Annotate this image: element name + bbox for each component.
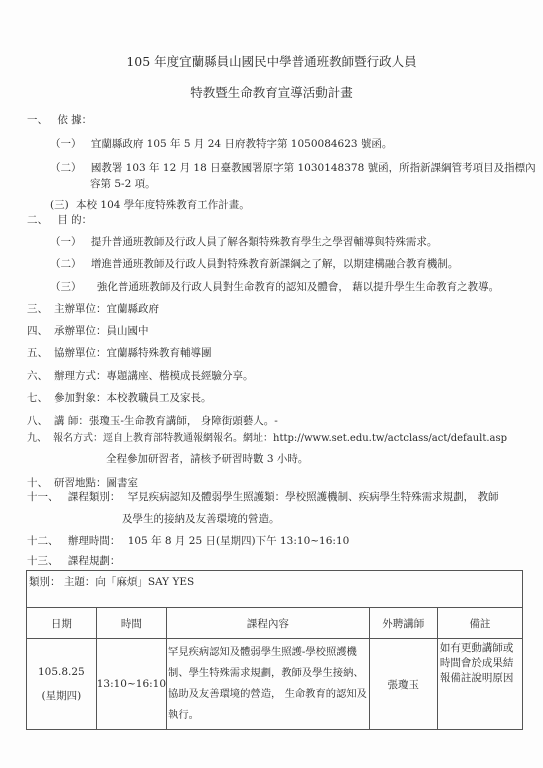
section-13: 十三、 課程規劃：: [27, 553, 120, 568]
table-header-row: 日期 時間 課程內容 外聘講師 備註: [27, 608, 523, 639]
item-text: 宜蘭縣政府 105 年 5 月 24 日府教特字第 1050084623 號函。: [91, 138, 393, 150]
section-text: 報名方式：逕自上教育部特教通報網報名。網址：http://www.set.edu…: [53, 433, 507, 444]
section-label: 辦理時間：: [68, 535, 121, 547]
section-label: 課程規劃：: [68, 555, 121, 567]
section-number: 十二、: [27, 535, 59, 547]
cell-date: 105.8.25 (星期四): [27, 639, 97, 730]
item-number: （一）: [50, 236, 82, 248]
section-number: 三、: [27, 303, 48, 315]
section-text: 講 師：張瓊玉-生命教育講師， 身障街頭藝人。-: [54, 415, 278, 427]
section-12: 十二、 辦理時間： 105 年 8 月 25 日(星期四)下午 13:10~16…: [27, 533, 349, 548]
section-text: 主辦單位：宜蘭縣政府: [54, 303, 159, 315]
section-11-cont: 及學生的接納及友善環境的營造。: [122, 511, 280, 526]
section-2-item-3: （三） 強化普通班教師及行政人員對生命教育的認知及體會， 藉以提升學生生命教育之…: [50, 279, 499, 294]
item-number: （二）: [50, 258, 82, 270]
section-text: 協辦單位：宜蘭縣特殊教育輔導團: [54, 347, 212, 359]
header-time: 時間: [96, 608, 166, 639]
cell-lecturer: 張瓊玉: [369, 639, 437, 730]
table-row: 105.8.25 (星期四) 13:10~16:10 罕見疾病認知及體弱學生照護…: [27, 639, 523, 730]
document-title-line2: 特教暨生命教育宣導活動計畫: [0, 83, 543, 101]
weekday-value: (星期四): [27, 689, 96, 703]
section-number: 十三、: [27, 555, 59, 567]
section-text: 研習地點：圖書室: [54, 477, 138, 489]
header-lecturer: 外聘講師: [369, 608, 437, 639]
section-10: 十、研習地點：圖書室: [27, 475, 138, 490]
section-1-heading: 一、 依 據：: [27, 112, 92, 127]
item-number: （二）: [50, 162, 82, 174]
header-date: 日期: [27, 608, 97, 639]
section-5: 五、協辦單位：宜蘭縣特殊教育輔導團: [27, 345, 212, 360]
header-note: 備註: [437, 608, 522, 639]
item-text: 本校 104 學年度特殊教育工作計畫。: [76, 199, 250, 211]
section-3: 三、主辦單位：宜蘭縣政府: [27, 301, 159, 316]
section-number: 四、: [27, 325, 48, 337]
section-label: 課程類別：: [68, 491, 121, 503]
section-6: 六、辦理方式：專題講座、楷模成長經驗分享。: [27, 368, 254, 383]
section-number: 十、: [27, 477, 48, 489]
section-1-item-2: （二） 國教署 103 年 12 月 18 日臺教國署原字第 103014837…: [50, 160, 536, 175]
section-1-item-3: (三) 本校 104 學年度特殊教育工作計畫。: [50, 197, 250, 212]
section-number: 八、: [27, 415, 48, 427]
section-1-item-1: （一） 宜蘭縣政府 105 年 5 月 24 日府教特字第 1050084623…: [50, 136, 392, 151]
item-number: (三): [50, 199, 69, 211]
section-8: 八、講 師：張瓊玉-生命教育講師， 身障街頭藝人。-: [27, 413, 278, 428]
item-text: 強化普通班教師及行政人員對生命教育的認知及體會， 藉以提升學生生命教育之教導。: [97, 281, 499, 293]
section-7: 七、參加對象：本校教職員工及家長。: [27, 390, 212, 405]
date-value: 105.8.25: [27, 665, 96, 679]
section-11: 十一、 課程類別： 罕見疾病認知及體弱學生照護類：學校照護機制、疾病學生特殊需求…: [27, 489, 499, 504]
item-number: （三）: [50, 281, 82, 293]
section-9-cont: 全程參加研習者，請核予研習時數 3 小時。: [106, 451, 308, 466]
section-2-heading: 二、 目 的：: [27, 212, 92, 227]
cell-time: 13:10~16:10: [96, 639, 166, 730]
section-text: 參加對象：本校教職員工及家長。: [54, 392, 212, 404]
section-number: 六、: [27, 370, 48, 382]
course-schedule-table: 類別： 主題：向「麻煩」SAY YES 日期 時間 課程內容 外聘講師 備註 1…: [26, 570, 523, 730]
section-number: 十一、: [27, 491, 59, 503]
section-text: 105 年 8 月 25 日(星期四)下午 13:10~16:10: [128, 535, 350, 547]
item-text: 提升普通班教師及行政人員了解各類特殊教育學生之學習輔導與特殊需求。: [91, 236, 438, 248]
section-9: 九、報名方式：逕自上教育部特教通報網報名。網址：http://www.set.e…: [27, 429, 507, 444]
section-label: 依 據：: [57, 114, 92, 126]
section-number: 二、: [27, 214, 48, 226]
section-text: 承辦單位：員山國中: [54, 325, 149, 337]
section-text: 辦理方式：專題講座、楷模成長經驗分享。: [54, 370, 254, 382]
header-content: 課程內容: [167, 608, 370, 639]
section-2-item-1: （一） 提升普通班教師及行政人員了解各類特殊教育學生之學習輔導與特殊需求。: [50, 234, 437, 249]
document-title-line1: 105 年度宜蘭縣員山國民中學普通班教師暨行政人員: [0, 52, 543, 70]
section-number: 一、: [27, 114, 48, 126]
item-text: 增進普通班教師及行政人員對特殊教育新課綱之了解，以期建構融合教育機制。: [91, 258, 459, 270]
item-text: 國教署 103 年 12 月 18 日臺教國署原字第 1030148378 號函…: [91, 162, 536, 174]
section-4: 四、承辦單位：員山國中: [27, 323, 149, 338]
table-category-cell: 類別： 主題：向「麻煩」SAY YES: [27, 571, 523, 608]
section-number: 五、: [27, 347, 48, 359]
section-text: 罕見疾病認知及體弱學生照護類：學校照護機制、疾病學生特殊需求規劃， 教師: [128, 491, 499, 503]
section-number: 七、: [27, 392, 48, 404]
section-label: 目 的：: [57, 214, 92, 226]
section-number: 九、: [27, 433, 47, 444]
section-1-item-2-cont: 容第 5-2 項。: [90, 176, 156, 191]
item-number: （一）: [50, 138, 82, 150]
section-2-item-2: （二） 增進普通班教師及行政人員對特殊教育新課綱之了解，以期建構融合教育機制。: [50, 256, 458, 271]
cell-content: 罕見疾病認知及體弱學生照護-學校照護機制、學生特殊需求規劃，教師及學生接納、協助…: [167, 639, 370, 730]
cell-note: 如有更動講師或時間會於成果結報備註說明原因: [437, 639, 522, 730]
